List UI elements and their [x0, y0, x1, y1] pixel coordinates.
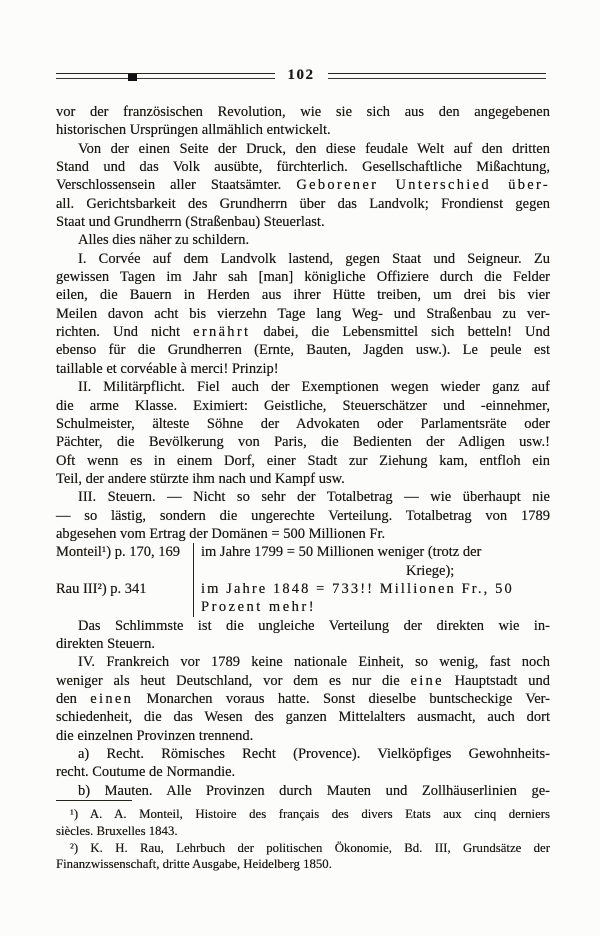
- text-line: a) Recht. Römisches Recht (Provence). Vi…: [56, 745, 550, 763]
- footnote-line: Finanzwissenschaft, dritte Ausgabe, Heid…: [56, 856, 550, 873]
- footnote-line: siècles. Bruxelles 1843.: [56, 823, 550, 840]
- text-line: Staat und Grundherrn (Straßenbau) Steuer…: [56, 213, 550, 231]
- text-line: taillable et corvéable à merci! Prinzip!: [56, 360, 550, 378]
- head-rule-right: [328, 73, 547, 79]
- text-line: historischen Ursprüngen allmählich entwi…: [56, 121, 550, 139]
- citation-line: Kriege);: [201, 562, 550, 580]
- text-segment: Verschlossensein aller Staatsämter.: [56, 177, 296, 193]
- text-line: die arme Klasse. Eximiert: Geistliche, S…: [56, 397, 550, 415]
- citation-source: Rau III²) p. 341: [56, 580, 193, 598]
- citation-line: im Jahre 1799 = 50 Millionen weniger (tr…: [201, 543, 550, 561]
- text-segment: Monarchen voraus hatte. Sonst dieselbe b…: [133, 691, 550, 707]
- text-line: die einzelnen Provinzen trennend.: [56, 727, 550, 745]
- footnote-line: ¹) A. A. Monteil, Histoire des français …: [56, 806, 550, 823]
- text-line: Oft wenn es in einem Dorf, einer Stadt z…: [56, 452, 550, 470]
- text-line: III. Steuern. — Nicht so sehr der Totalb…: [56, 488, 550, 506]
- book-page: 102 vor der französischen Revolution, wi…: [0, 0, 600, 936]
- citation-row: Rau III²) p. 341im Jahre 1848 = 733!! Mi…: [56, 580, 550, 617]
- footnote-line: ²) K. H. Rau, Lehrbuch der politischen Ö…: [56, 840, 550, 857]
- text-line: Das Schlimmste ist die ungleiche Verteil…: [56, 617, 550, 635]
- text-line: all. Gerichtsbarkeit des Grundherrn über…: [56, 195, 550, 213]
- text-line: Meilen davon acht bis vierzehn Tage lang…: [56, 305, 550, 323]
- text-segment: weniger als heut Deutschland, vor dem es…: [56, 673, 410, 689]
- text-line: weniger als heut Deutschland, vor dem es…: [56, 672, 550, 690]
- text-segment: den: [56, 691, 90, 707]
- letterspaced-emphasis: einen: [90, 691, 133, 707]
- text-line: I. Corvée auf dem Landvolk lastend, gege…: [56, 250, 550, 268]
- citation-row: Monteil¹) p. 170, 169im Jahre 1799 = 50 …: [56, 543, 550, 580]
- letterspaced-emphasis: eine: [410, 673, 443, 689]
- ink-blot: [128, 74, 137, 81]
- text-segment: richten. Und nicht: [56, 324, 193, 340]
- text-line: eilen, die Bauern in Herden aus ihrer Hü…: [56, 286, 550, 304]
- text-line: Von der einen Seite der Druck, den diese…: [56, 140, 550, 158]
- text-line: Pächter, die Bevölkerung von Paris, die …: [56, 433, 550, 451]
- text-line: gewissen Tagen im Jahr sah [man] königli…: [56, 268, 550, 286]
- text-segment: dabei, die Lebensmittel sich betteln! Un…: [250, 324, 550, 340]
- text-line: Alles dies näher zu schildern.: [56, 231, 550, 249]
- main-text-block: vor der französischen Revolution, wie si…: [56, 103, 550, 800]
- head-rule-left: [56, 73, 275, 79]
- paragraphs-upper: vor der französischen Revolution, wie si…: [56, 103, 550, 543]
- running-head: 102: [56, 64, 546, 88]
- citation-source: Monteil¹) p. 170, 169: [56, 543, 193, 561]
- text-line: b) Mauten. Alle Provinzen durch Mauten u…: [56, 782, 550, 800]
- text-line: abgesehen vom Ertrag der Domänen = 500 M…: [56, 525, 550, 543]
- text-line: den einen Monarchen voraus hatte. Sonst …: [56, 690, 550, 708]
- citation-block: Monteil¹) p. 170, 169im Jahre 1799 = 50 …: [56, 543, 550, 616]
- text-line: IV. Frankreich vor 1789 keine nationale …: [56, 653, 550, 671]
- citation-line: Prozent mehr!: [201, 598, 550, 616]
- text-line: Teil, der andere stürzte ihm nach und Ka…: [56, 470, 550, 488]
- citation-text: im Jahre 1848 = 733!! Millionen Fr., 50P…: [193, 580, 550, 617]
- footnote-lines: ¹) A. A. Monteil, Histoire des français …: [56, 806, 550, 873]
- citation-text: im Jahre 1799 = 50 Millionen weniger (tr…: [193, 543, 550, 580]
- text-line: recht. Coutume de Normandie.: [56, 763, 550, 781]
- text-line: Schulmeister, älteste Söhne der Advokate…: [56, 415, 550, 433]
- text-line: vor der französischen Revolution, wie si…: [56, 103, 550, 121]
- letterspaced-emphasis: ernährt: [193, 324, 250, 340]
- text-line: richten. Und nicht ernährt dabei, die Le…: [56, 323, 550, 341]
- paragraphs-lower: Das Schlimmste ist die ungleiche Verteil…: [56, 617, 550, 800]
- text-line: direkten Steuern.: [56, 635, 550, 653]
- citation-line: im Jahre 1848 = 733!! Millionen Fr., 50: [201, 580, 550, 598]
- text-line: Verschlossensein aller Staatsämter. Gebo…: [56, 176, 550, 194]
- text-line: Stand und das Volk ausübte, fürchterlich…: [56, 158, 550, 176]
- footnote-area: ¹) A. A. Monteil, Histoire des français …: [56, 800, 550, 873]
- text-line: ebenso für die Grundherren (Ernte, Baute…: [56, 341, 550, 359]
- text-line: schiedenheit, die das Wesen des ganzen M…: [56, 708, 550, 726]
- page-number: 102: [275, 67, 328, 84]
- footnote-rule: [56, 800, 132, 801]
- letterspaced-emphasis: Geborener Unterschied über-: [296, 177, 550, 193]
- text-line: II. Militärpflicht. Fiel auch der Exempt…: [56, 378, 550, 396]
- text-line: — so lästig, sondern die ungerechte Vert…: [56, 507, 550, 525]
- text-segment: Hauptstadt und: [444, 673, 550, 689]
